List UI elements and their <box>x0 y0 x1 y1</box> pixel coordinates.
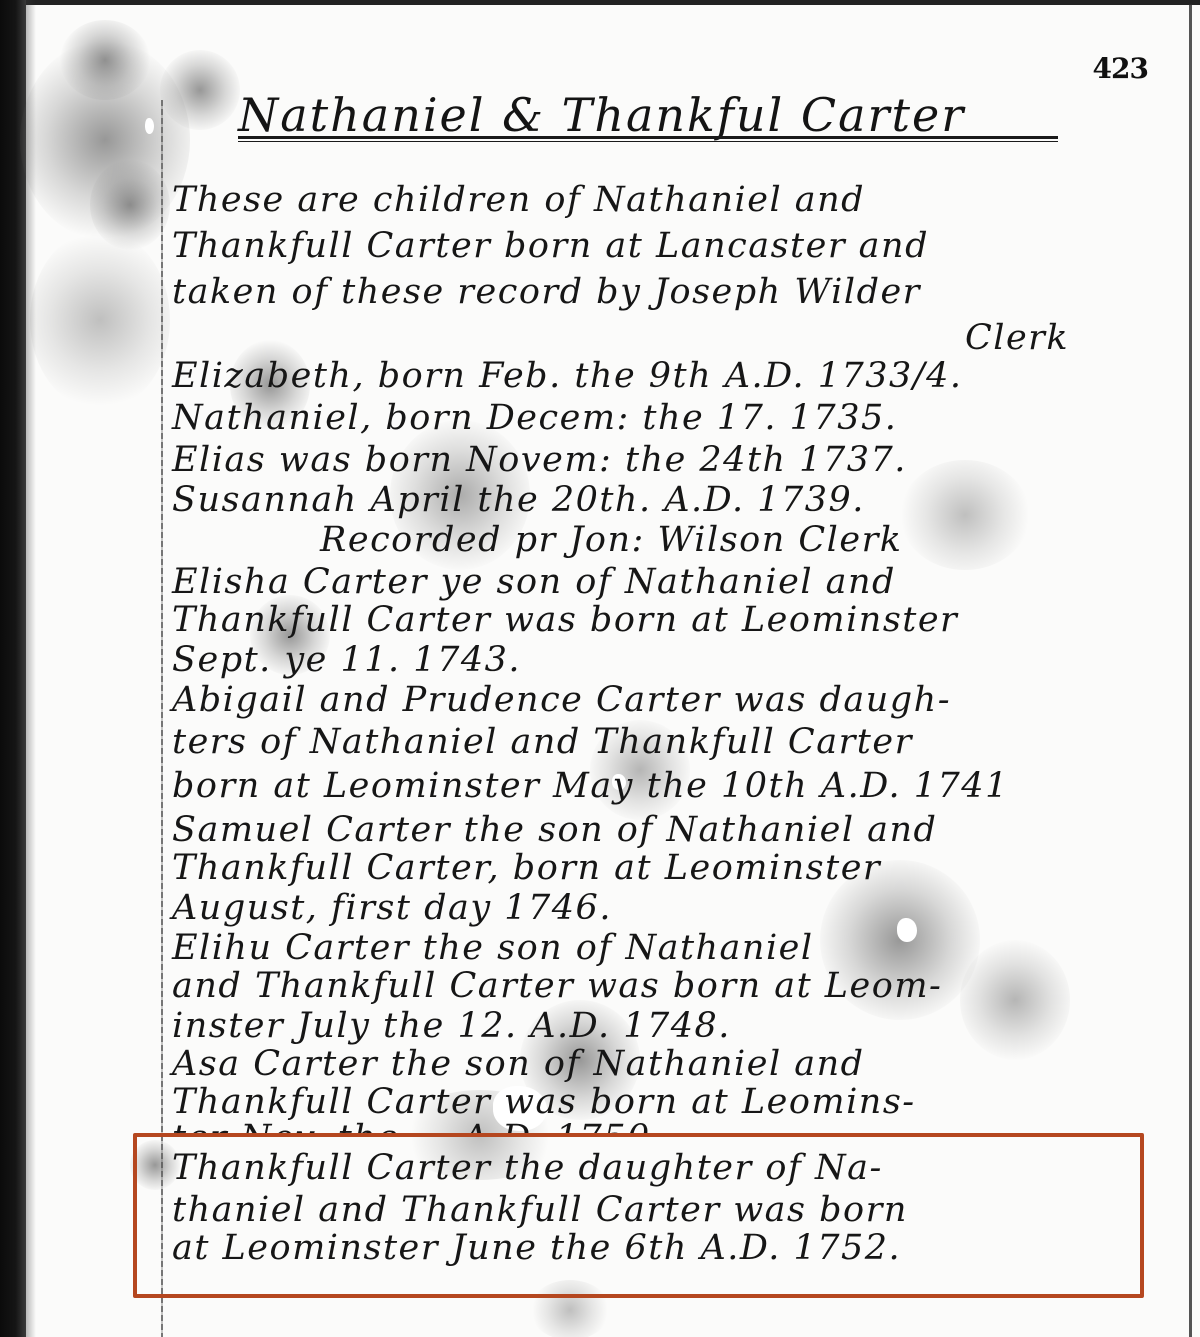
highlighted-text-line: Thankfull Carter the daughter of Na- <box>172 1148 883 1188</box>
text-line: August, first day 1746. <box>172 888 612 928</box>
page-left-shadow <box>26 0 36 1337</box>
text-line: Clerk <box>965 318 1069 358</box>
paper-hole <box>897 918 917 942</box>
text-line: ters of Nathaniel and Thankfull Carter <box>172 722 913 762</box>
text-line: Susannah April the 20th. A.D. 1739. <box>172 480 865 520</box>
stain <box>20 40 190 240</box>
text-line: Elias was born Novem: the 24th 1737. <box>172 440 907 480</box>
text-line: Thankfull Carter born at Lancaster and <box>172 226 929 266</box>
stain <box>960 940 1070 1060</box>
page-title: Nathaniel & Thankful Carter <box>238 88 965 142</box>
page-left-edge <box>0 0 26 1337</box>
title-underline <box>238 136 1058 142</box>
text-line: These are children of Nathaniel and <box>172 180 865 220</box>
text-line: Samuel Carter the son of Nathaniel and <box>172 810 937 850</box>
text-line: Sept. ye 11. 1743. <box>172 640 521 680</box>
page-top-edge <box>0 0 1200 5</box>
page-number: 423 <box>1093 52 1148 85</box>
stain <box>30 230 170 410</box>
text-line: taken of these record by Joseph Wilder <box>172 272 921 312</box>
highlighted-text-line: thaniel and Thankfull Carter was born <box>172 1190 908 1230</box>
text-line: and Thankfull Carter was born at Leom- <box>172 966 942 1006</box>
text-line: born at Leominster May the 10th A.D. 174… <box>172 766 1009 806</box>
stain <box>60 20 150 100</box>
highlighted-text-line: at Leominster June the 6th A.D. 1752. <box>172 1228 901 1268</box>
stain <box>90 160 170 250</box>
text-line: Asa Carter the son of Nathaniel and <box>172 1044 865 1084</box>
stain <box>160 50 240 130</box>
text-line: Thankfull Carter was born at Leominster <box>172 600 958 640</box>
text-line: Abigail and Prudence Carter was daugh- <box>172 680 951 720</box>
text-line: Nathaniel, born Decem: the 17. 1735. <box>172 398 897 438</box>
text-line: Thankfull Carter was born at Leomins- <box>172 1082 916 1122</box>
paper-hole <box>145 118 154 134</box>
text-line: inster July the 12. A.D. 1748. <box>172 1006 731 1046</box>
text-line: Elihu Carter the son of Nathaniel <box>172 928 814 968</box>
text-line: Recorded pr Jon: Wilson Clerk <box>320 520 903 560</box>
text-line: Thankfull Carter, born at Leominster <box>172 848 881 888</box>
page-right-edge <box>1189 4 1192 1337</box>
text-line: Elizabeth, born Feb. the 9th A.D. 1733/4… <box>172 356 963 396</box>
stain <box>900 460 1030 570</box>
text-line: Elisha Carter ye son of Nathaniel and <box>172 562 896 602</box>
document-page: 423 Nathaniel & Thankful Carter These ar… <box>0 0 1200 1337</box>
